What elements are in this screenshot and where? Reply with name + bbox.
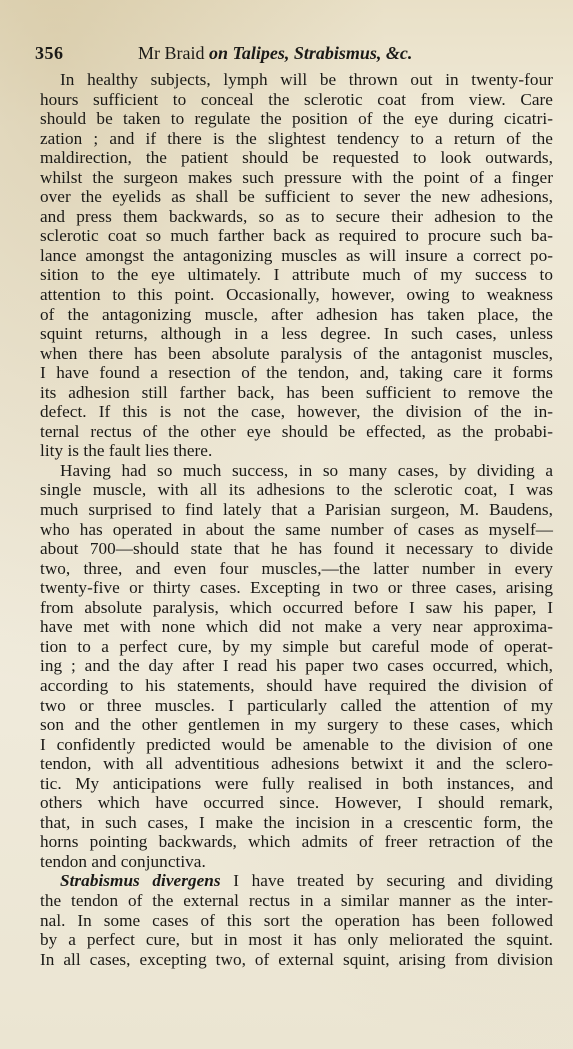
- text-line: tendon and conjunctiva.: [40, 852, 553, 872]
- text-line: by a perfect cure, but in most it has on…: [40, 930, 553, 950]
- text-line: sition to the eye ultimately. I attribut…: [40, 265, 553, 285]
- text-line: when there has been absolute paralysis o…: [40, 344, 553, 364]
- body-text: In healthy subjects, lymph will be throw…: [40, 70, 553, 969]
- paragraph-2: Having had so much success, in so many c…: [40, 461, 553, 871]
- text-line: attention to this point. Occasionally, h…: [40, 285, 553, 305]
- text-line: that, in such cases, I make the incision…: [40, 813, 553, 833]
- running-head: Mr Braid on Talipes, Strabismus, &c.: [138, 41, 412, 65]
- text-line: defect. If this is not the case, however…: [40, 402, 553, 422]
- text-line: ing ; and the day after I read his paper…: [40, 656, 553, 676]
- text-line: should be taken to regulate the position…: [40, 109, 553, 129]
- text-line: In all cases, excepting two, of external…: [40, 950, 553, 970]
- text-line: the tendon of the external rectus in a s…: [40, 891, 553, 911]
- book-page: 356 Mr Braid on Talipes, Strabismus, &c.…: [0, 0, 573, 1049]
- paragraph-3: Strabismus divergens I have treated by s…: [40, 871, 553, 969]
- text-run: I have treated by securing and dividing: [221, 871, 553, 890]
- text-line: maldirection, the patient should be requ…: [40, 148, 553, 168]
- text-line: ternal rectus of the other eye should be…: [40, 422, 553, 442]
- page-number: 356: [35, 41, 64, 65]
- paragraph-1: In healthy subjects, lymph will be throw…: [40, 70, 553, 461]
- text-line: two, three, and even four muscles,—the l…: [40, 559, 553, 579]
- text-line: sclerotic coat so much farther back as r…: [40, 226, 553, 246]
- text-line: whilst the surgeon makes such pressure w…: [40, 168, 553, 188]
- text-line: tic. My anticipations were fully realise…: [40, 774, 553, 794]
- text-line: from absolute paralysis, which occurred …: [40, 598, 553, 618]
- italic-term: Strabismus divergens: [60, 871, 221, 890]
- text-line: who has operated in about the same numbe…: [40, 520, 553, 540]
- text-line: its adhesion still farther back, has bee…: [40, 383, 553, 403]
- text-line: I confidently predicted would be amenabl…: [40, 735, 553, 755]
- text-line: tendon, with all adventitious adhesions …: [40, 754, 553, 774]
- text-line: of the antagonizing muscle, after adhesi…: [40, 305, 553, 325]
- page-header: 356 Mr Braid on Talipes, Strabismus, &c.: [35, 41, 535, 65]
- running-head-title: on Talipes, Strabismus, &c.: [209, 43, 412, 63]
- text-line: Strabismus divergens I have treated by s…: [40, 871, 553, 891]
- text-line: nal. In some cases of this sort the oper…: [40, 911, 553, 931]
- text-line: single muscle, with all its adhesions to…: [40, 480, 553, 500]
- text-line: son and the other gentlemen in my surger…: [40, 715, 553, 735]
- text-line: twenty-five or thirty cases. Excepting i…: [40, 578, 553, 598]
- text-line: about 700—should state that he has found…: [40, 539, 553, 559]
- text-line: I have found a resection of the tendon, …: [40, 363, 553, 383]
- text-line: over the eyelids as shall be sufficient …: [40, 187, 553, 207]
- text-line: squint returns, although in a less degre…: [40, 324, 553, 344]
- text-line: Having had so much success, in so many c…: [40, 461, 553, 481]
- text-line: lity is the fault lies there.: [40, 441, 553, 461]
- text-line: and press them backwards, so as to secur…: [40, 207, 553, 227]
- text-line: according to his statements, should have…: [40, 676, 553, 696]
- text-line: others which have occurred since. Howeve…: [40, 793, 553, 813]
- text-line: hours sufficient to conceal the scleroti…: [40, 90, 553, 110]
- text-line: two or three muscles. I particularly cal…: [40, 696, 553, 716]
- text-line: much surprised to find lately that a Par…: [40, 500, 553, 520]
- text-line: tion to a perfect cure, by my simple but…: [40, 637, 553, 657]
- text-line: have met with none which did not make a …: [40, 617, 553, 637]
- text-line: In healthy subjects, lymph will be throw…: [40, 70, 553, 90]
- text-line: horns pointing backwards, which admits o…: [40, 832, 553, 852]
- text-line: zation ; and if there is the slightest t…: [40, 129, 553, 149]
- running-head-author: Mr Braid: [138, 43, 205, 63]
- text-line: lance amongst the antagonizing muscles a…: [40, 246, 553, 266]
